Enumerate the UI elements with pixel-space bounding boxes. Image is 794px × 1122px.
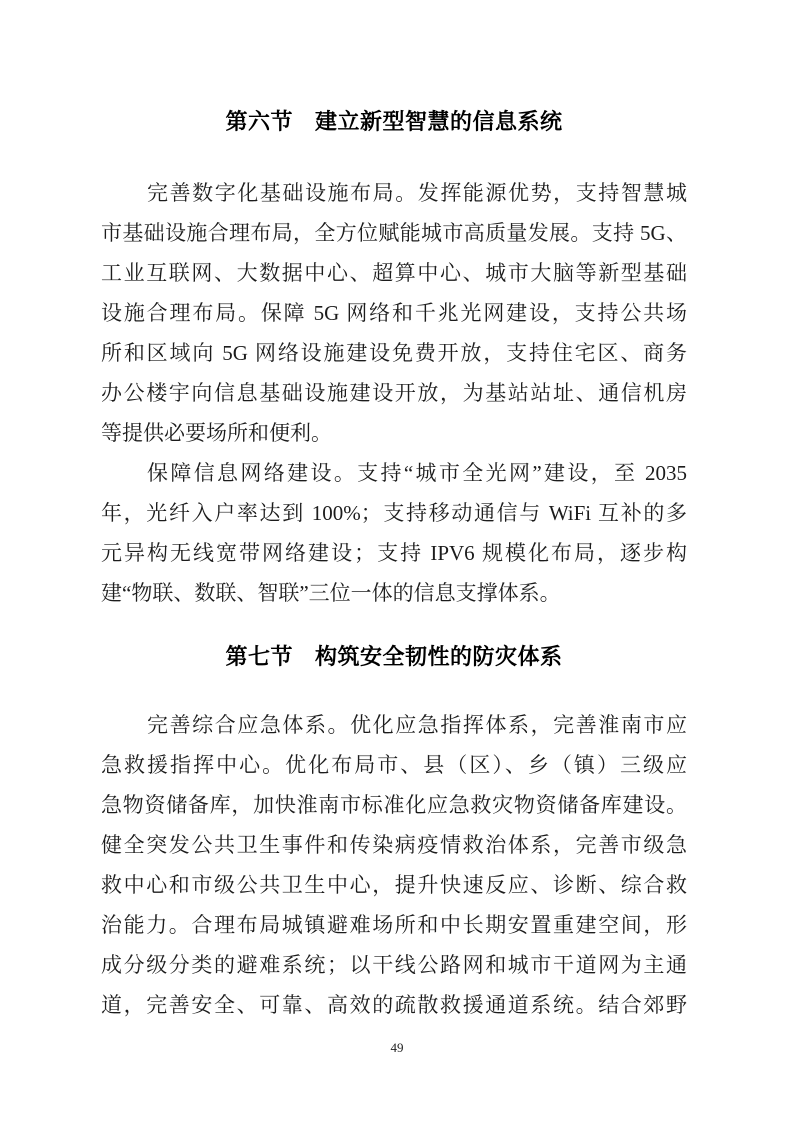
section-title: 构筑安全韧性的防灾体系 <box>315 644 563 669</box>
document-page: 第六节建立新型智慧的信息系统 完善数字化基础设施布局。发挥能源优势，支持智慧城 … <box>0 0 794 1122</box>
paragraph-line: 工业互联网、大数据中心、超算中心、城市大脑等新型基础 <box>101 253 687 293</box>
section-heading: 第六节建立新型智慧的信息系统 <box>101 106 687 138</box>
paragraph-line: 元异构无线宽带网络建设；支持 IPV6 规模化布局，逐步构 <box>101 533 687 573</box>
paragraph-line: 道，完善安全、可靠、高效的疏散救援通道系统。结合郊野 <box>101 985 687 1025</box>
page-number: 49 <box>391 1040 404 1055</box>
paragraph-line: 治能力。合理布局城镇避难场所和中长期安置重建空间，形 <box>101 905 687 945</box>
section-number: 第七节 <box>225 644 293 669</box>
page-footer: 49 <box>0 1039 794 1056</box>
page-content: 第六节建立新型智慧的信息系统 完善数字化基础设施布局。发挥能源优势，支持智慧城 … <box>101 106 687 1025</box>
section-title: 建立新型智慧的信息系统 <box>315 109 563 134</box>
section-number: 第六节 <box>225 109 293 134</box>
paragraph-line: 成分级分类的避难系统；以干线公路网和城市干道网为主通 <box>101 945 687 985</box>
paragraph: 保障信息网络建设。支持“城市全光网”建设，至 2035 年，光纤入户率达到 10… <box>101 453 687 613</box>
paragraph: 完善综合应急体系。优化应急指挥体系，完善淮南市应 急救援指挥中心。优化布局市、县… <box>101 705 687 1025</box>
paragraph-line: 救中心和市级公共卫生中心，提升快速反应、诊断、综合救 <box>101 865 687 905</box>
paragraph-line: 急物资储备库，加快淮南市标准化应急救灾物资储备库建设。 <box>101 785 687 825</box>
paragraph: 完善数字化基础设施布局。发挥能源优势，支持智慧城 市基础设施合理布局，全方位赋能… <box>101 173 687 453</box>
section-7: 第七节构筑安全韧性的防灾体系 完善综合应急体系。优化应急指挥体系，完善淮南市应 … <box>101 641 687 1025</box>
paragraph-line: 办公楼宇向信息基础设施建设开放，为基站站址、通信机房 <box>101 373 687 413</box>
section-6: 第六节建立新型智慧的信息系统 完善数字化基础设施布局。发挥能源优势，支持智慧城 … <box>101 106 687 613</box>
paragraph-line: 急救援指挥中心。优化布局市、县（区）、乡（镇）三级应 <box>101 745 687 785</box>
paragraph-line: 市基础设施合理布局，全方位赋能城市高质量发展。支持 5G、 <box>101 213 687 253</box>
paragraph-line: 健全突发公共卫生事件和传染病疫情救治体系，完善市级急 <box>101 825 687 865</box>
paragraph-line: 年，光纤入户率达到 100%；支持移动通信与 WiFi 互补的多 <box>101 493 687 533</box>
paragraph-line: 等提供必要场所和便利。 <box>101 413 687 453</box>
section-heading: 第七节构筑安全韧性的防灾体系 <box>101 641 687 673</box>
paragraph-line: 完善综合应急体系。优化应急指挥体系，完善淮南市应 <box>101 705 687 745</box>
paragraph-line: 设施合理布局。保障 5G 网络和千兆光网建设，支持公共场 <box>101 293 687 333</box>
paragraph-line: 建“物联、数联、智联”三位一体的信息支撑体系。 <box>101 573 687 613</box>
paragraph-line: 所和区域向 5G 网络设施建设免费开放，支持住宅区、商务 <box>101 333 687 373</box>
paragraph-line: 保障信息网络建设。支持“城市全光网”建设，至 2035 <box>101 453 687 493</box>
paragraph-line: 完善数字化基础设施布局。发挥能源优势，支持智慧城 <box>101 173 687 213</box>
